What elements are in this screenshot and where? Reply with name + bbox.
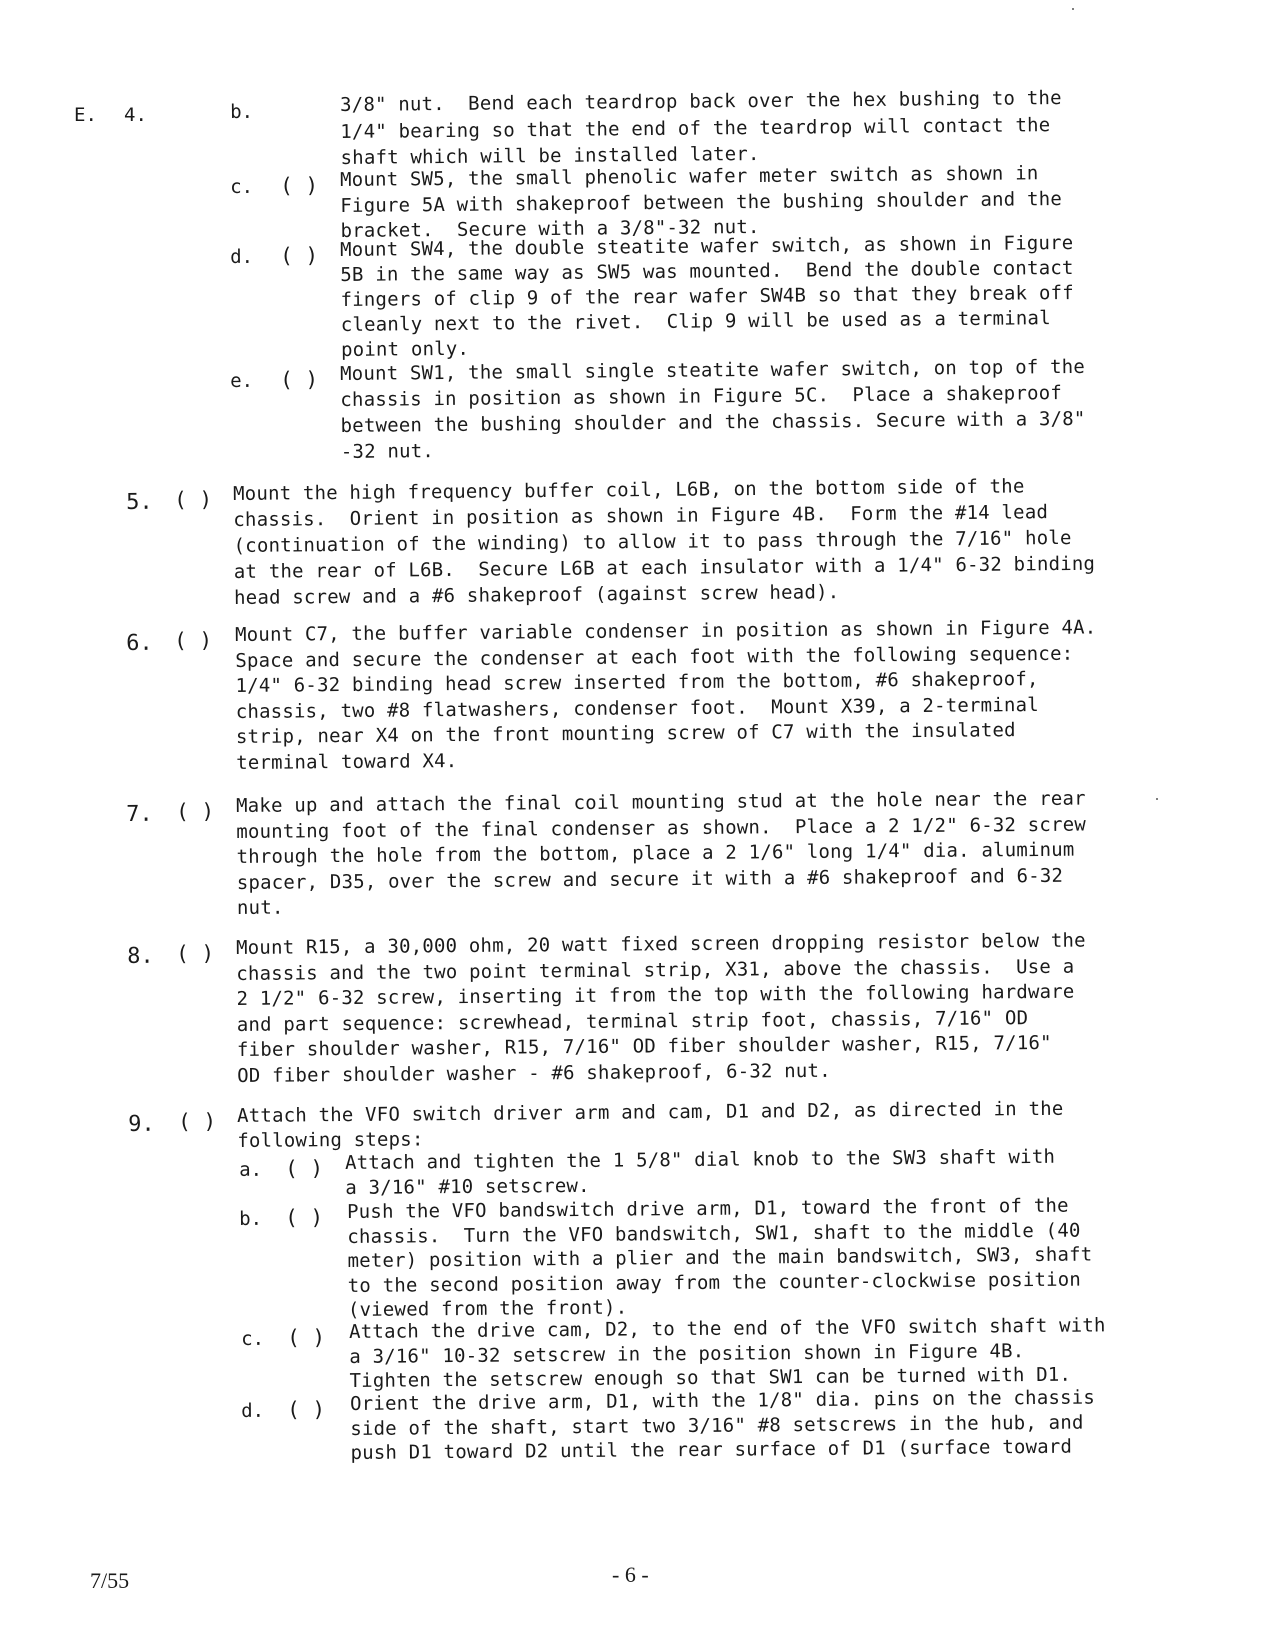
step-text-line: Attach and tighten the 1 5/8" dial knob … (345, 1146, 1055, 1174)
step-text-line: Figure 5A with shakeproof between the bu… (340, 188, 1062, 217)
step-text-line: mounting foot of the final condenser as … (236, 813, 1086, 842)
step-text-line: Push the VFO bandswitch drive arm, D1, t… (347, 1195, 1069, 1223)
step-text-line: chassis. Orient in position as shown in … (233, 501, 1048, 531)
instruction-item: d.( )Mount SW4, the double steatite wafe… (0, 0, 1273, 3)
step-text-line: Mount C7, the buffer variable condenser … (235, 616, 1096, 646)
scan-speck (1072, 8, 1074, 10)
step-label: b. (230, 101, 253, 123)
instruction-item: e.( )Mount SW1, the small single steatit… (0, 0, 1271, 3)
step-text-line: at the rear of L6B. Secure L6B at each i… (234, 553, 1095, 583)
step-text-line: meter) position with a plier and the mai… (347, 1243, 1092, 1271)
step-label: c. (241, 1328, 264, 1350)
step-text-line: point only. (341, 338, 469, 361)
step-checkbox[interactable]: ( ) (174, 628, 212, 652)
step-text-line: fingers of clip 9 of the rear wafer SW4B… (340, 282, 1073, 311)
section-number: 4. (124, 104, 147, 126)
instruction-item: 6.( )Mount C7, the buffer variable conde… (0, 0, 1270, 2)
step-label: 7. (126, 802, 153, 827)
step-label: b. (239, 1208, 262, 1230)
step-label: 5. (126, 490, 153, 515)
step-text-line: -32 nut. (341, 440, 434, 463)
step-text-line: (viewed from the front). (348, 1297, 628, 1321)
step-text-line: a 3/16" #10 setscrew. (345, 1174, 590, 1198)
step-text-line: terminal toward X4. (236, 750, 457, 774)
instruction-item: 5.( )Mount the high frequency buffer coi… (0, 0, 1270, 2)
step-checkbox[interactable]: ( ) (176, 941, 214, 965)
step-text-line: Space and secure the condenser at each f… (235, 642, 1073, 671)
step-checkbox[interactable]: ( ) (178, 1109, 216, 1133)
step-text-line: side of the shaft, start two 3/16" #8 se… (350, 1411, 1083, 1439)
step-text-line: Mount R15, a 30,000 ohm, 20 watt fixed s… (236, 930, 1086, 959)
instruction-item: c.( )Attach the drive cam, D2, to the en… (0, 0, 1263, 3)
step-label: a. (239, 1159, 262, 1181)
page-number: - 6 - (612, 1562, 649, 1588)
step-checkbox[interactable]: ( ) (280, 173, 318, 197)
step-text-line: 1/4" bearing so that the end of the tear… (340, 114, 1050, 143)
step-label: e. (230, 370, 253, 392)
step-checkbox[interactable]: ( ) (287, 1397, 325, 1421)
step-label: c. (230, 176, 253, 198)
instruction-item: a.( )Attach and tighten the 1 5/8" dial … (0, 0, 1265, 3)
step-text-line: strip, near X4 on the front mounting scr… (236, 719, 1016, 748)
step-text-line: and part sequence: screwhead, terminal s… (237, 1007, 1029, 1036)
step-label: 9. (128, 1112, 155, 1137)
step-text-line: to the second position away from the cou… (348, 1268, 1081, 1296)
step-text-line: chassis in position as shown in Figure 5… (340, 382, 1062, 411)
step-label: d. (230, 246, 253, 268)
step-text-line: cleanly next to the rivet. Clip 9 will b… (341, 307, 1051, 336)
step-text-line: head screw and a #6 shakeproof (against … (234, 581, 839, 609)
step-text-line: chassis, two #8 flatwashers, condenser f… (236, 693, 1039, 722)
step-text-line: chassis. Turn the VFO bandswitch, SW1, s… (347, 1219, 1080, 1247)
instruction-item: b.3/8" nut. Bend each teardrop back over… (0, 0, 1274, 3)
instruction-item: d.( )Orient the drive arm, D1, with the … (0, 0, 1263, 3)
step-text-line: following steps: (237, 1128, 423, 1152)
step-text-line: Mount SW1, the small single steatite waf… (340, 356, 1085, 385)
step-text-line: through the hole from the bottom, place … (236, 839, 1074, 868)
step-text-line: 5B in the same way as SW5 was mounted. B… (340, 257, 1073, 286)
step-label: d. (241, 1400, 264, 1422)
step-checkbox[interactable]: ( ) (280, 367, 318, 391)
scan-speck (1156, 798, 1158, 800)
step-text-line: fiber shoulder washer, R15, 7/16" OD fib… (237, 1032, 1052, 1061)
footer-date: 7/55 (90, 1568, 129, 1594)
step-text-line: nut. (237, 897, 284, 919)
step-text-line: a 3/16" 10-32 setscrew in the position s… (349, 1340, 1024, 1368)
manual-page: E. 4. b.3/8" nut. Bend each teardrop bac… (0, 0, 1275, 1646)
step-text-line: 2 1/2" 6-32 screw, inserting it from the… (236, 981, 1074, 1010)
step-checkbox[interactable]: ( ) (285, 1205, 323, 1229)
step-text-line: push D1 toward D2 until the rear surface… (350, 1436, 1072, 1464)
instruction-item: 7.( )Make up and attach the final coil m… (0, 0, 1268, 2)
step-label: 8. (127, 944, 154, 969)
step-text-line: Attach the VFO switch driver arm and cam… (237, 1098, 1064, 1127)
step-text-line: 1/4" 6-32 binding head screw inserted fr… (235, 668, 1038, 697)
step-checkbox[interactable]: ( ) (287, 1325, 325, 1349)
step-text-line: chassis and the two point terminal strip… (236, 955, 1074, 984)
instruction-item: b.( )Push the VFO bandswitch drive arm, … (0, 0, 1264, 3)
instruction-item: 9.( )Attach the VFO switch driver arm an… (0, 0, 1265, 2)
step-checkbox[interactable]: ( ) (285, 1156, 323, 1180)
step-text-line: (continuation of the winding) to allow i… (233, 527, 1071, 557)
step-text-line: spacer, D35, over the screw and secure i… (237, 864, 1064, 893)
instruction-item: c.( )Mount SW5, the small phenolic wafer… (0, 0, 1273, 3)
step-checkbox[interactable]: ( ) (176, 799, 214, 823)
step-label: 6. (126, 631, 153, 656)
step-text-line: Make up and attach the final coil mounti… (236, 788, 1086, 817)
step-text-line: OD fiber shoulder washer - #6 shakeproof… (237, 1059, 831, 1086)
section-letter: E. (74, 104, 97, 126)
step-text-line: Mount the high frequency buffer coil, L6… (233, 475, 1025, 505)
instruction-item: 8.( )Mount R15, a 30,000 ohm, 20 watt fi… (0, 0, 1267, 2)
step-text-line: between the bushing shoulder and the cha… (340, 408, 1085, 437)
step-checkbox[interactable]: ( ) (280, 243, 318, 267)
step-checkbox[interactable]: ( ) (174, 487, 212, 511)
step-text-line: 3/8" nut. Bend each teardrop back over t… (340, 87, 1062, 116)
